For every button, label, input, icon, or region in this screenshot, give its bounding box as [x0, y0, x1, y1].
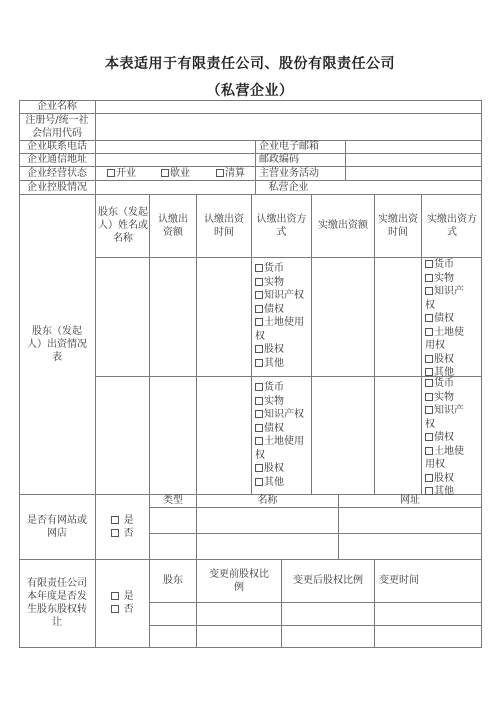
- reg-code-label-1: 注册号/统一社: [25, 114, 88, 127]
- header-paid-amount: 实缴出资额: [312, 194, 374, 257]
- paid-method-options-row2: 货币 实物 知识产权 债权 土地使用权 股权 其他: [425, 377, 469, 499]
- checkbox-icon[interactable]: [255, 359, 263, 367]
- header-subscribed-amount: 认缴出资额: [155, 194, 191, 257]
- checkbox-icon[interactable]: [425, 393, 433, 401]
- option-physical[interactable]: 实物: [425, 391, 469, 405]
- divider: [149, 194, 150, 494]
- website-yes-no: 是 否: [96, 494, 149, 559]
- transfer-yes-no: 是 否: [96, 559, 149, 647]
- checkbox-icon[interactable]: [111, 592, 119, 600]
- divider: [149, 602, 482, 603]
- checkbox-icon[interactable]: [425, 355, 433, 363]
- shareholder-section-label: 股东（发起人）出资情况表: [24, 194, 90, 494]
- option-land[interactable]: 土地使用权: [425, 326, 469, 353]
- divider: [95, 376, 482, 377]
- option-ip[interactable]: 知识产权: [255, 289, 309, 303]
- checkbox-icon[interactable]: [216, 169, 224, 177]
- checkbox-icon[interactable]: [111, 529, 119, 537]
- header-paid-time: 实缴出资时间: [377, 194, 419, 257]
- checkbox-icon[interactable]: [425, 474, 433, 482]
- option-physical[interactable]: 实物: [425, 272, 469, 286]
- checkbox-icon[interactable]: [255, 383, 263, 391]
- checkbox-icon[interactable]: [425, 368, 433, 376]
- option-ip[interactable]: 知识产权: [255, 408, 309, 422]
- main-business-label: 主营业务活动: [256, 166, 345, 180]
- divider: [196, 194, 197, 494]
- transfer-no-option[interactable]: 否: [111, 603, 133, 616]
- status-option-open[interactable]: 开业: [104, 166, 154, 180]
- checkbox-icon[interactable]: [111, 605, 119, 613]
- divider: [281, 559, 282, 647]
- checkbox-icon[interactable]: [161, 169, 169, 177]
- website-no-option[interactable]: 否: [111, 527, 133, 540]
- website-label: 是否有网站或网店: [24, 494, 90, 559]
- option-debt[interactable]: 债权: [255, 422, 309, 436]
- website-header-type: 类型: [150, 494, 196, 507]
- option-debt[interactable]: 债权: [425, 312, 469, 326]
- checkbox-icon[interactable]: [255, 278, 263, 286]
- divider: [149, 533, 482, 534]
- checkbox-icon[interactable]: [425, 328, 433, 336]
- header-paid-method: 实缴出资方式: [424, 194, 480, 257]
- website-header-url: 网址: [339, 494, 481, 507]
- holding-value: 私营企业: [96, 180, 481, 194]
- address-label: 企业通信地址: [19, 153, 95, 166]
- postcode-label: 邮政编码: [256, 153, 345, 166]
- phone-label: 企业联系电话: [19, 140, 95, 153]
- option-other[interactable]: 其他: [255, 476, 309, 490]
- option-equity[interactable]: 股权: [425, 353, 469, 367]
- option-label: 清算: [225, 167, 245, 180]
- option-land[interactable]: 土地使用权: [255, 316, 309, 343]
- divider: [374, 194, 375, 494]
- checkbox-icon[interactable]: [255, 345, 263, 353]
- status-option-suspended[interactable]: 歇业: [158, 166, 208, 180]
- checkbox-icon[interactable]: [255, 318, 263, 326]
- transfer-header-after: 变更后股权比例: [290, 559, 366, 602]
- checkbox-icon[interactable]: [425, 406, 433, 414]
- option-land[interactable]: 土地使用权: [425, 445, 469, 472]
- divider: [374, 559, 375, 647]
- option-currency[interactable]: 货币: [255, 262, 309, 276]
- divider: [149, 625, 482, 626]
- option-other[interactable]: 其他: [255, 357, 309, 371]
- checkbox-icon[interactable]: [107, 169, 115, 177]
- option-equity[interactable]: 股权: [255, 343, 309, 357]
- address-field[interactable]: [96, 154, 255, 166]
- subscribed-method-options-row1: 货币 实物 知识产权 债权 土地使用权 股权 其他: [255, 262, 309, 370]
- option-label: 歇业: [170, 167, 190, 180]
- option-equity[interactable]: 股权: [425, 472, 469, 486]
- checkbox-icon[interactable]: [425, 260, 433, 268]
- option-ip[interactable]: 知识产权: [425, 285, 469, 312]
- header-shareholder-name: 股东（发起人）姓名或名称: [98, 194, 148, 257]
- option-label: 开业: [116, 167, 136, 180]
- checkbox-icon[interactable]: [255, 291, 263, 299]
- checkbox-icon[interactable]: [111, 516, 119, 524]
- checkbox-icon[interactable]: [255, 397, 263, 405]
- option-ip[interactable]: 知识产权: [425, 404, 469, 431]
- form-subtitle: （私营企业）: [0, 80, 500, 100]
- border: [481, 100, 482, 648]
- checkbox-icon[interactable]: [255, 410, 263, 418]
- checkbox-icon[interactable]: [255, 437, 263, 445]
- checkbox-icon[interactable]: [425, 447, 433, 455]
- divider: [251, 194, 252, 494]
- divider: [421, 194, 422, 494]
- email-label: 企业电子邮箱: [256, 140, 345, 153]
- checkbox-icon[interactable]: [255, 464, 263, 472]
- header-subscribed-method: 认缴出资方式: [253, 194, 310, 257]
- reg-code-label-2: 会信用代码: [32, 127, 82, 140]
- checkbox-icon[interactable]: [255, 478, 263, 486]
- website-header-name: 名称: [197, 494, 338, 507]
- checkbox-icon[interactable]: [425, 379, 433, 387]
- transfer-header-time: 变更时间: [376, 559, 481, 602]
- option-currency[interactable]: 货币: [425, 258, 469, 272]
- checkbox-icon[interactable]: [425, 287, 433, 295]
- transfer-label: 有限责任公司本年度是否发生股东股权转让: [24, 559, 90, 647]
- reg-code-field[interactable]: [96, 114, 481, 140]
- divider: [149, 507, 482, 508]
- option-physical[interactable]: 实物: [255, 395, 309, 409]
- status-label: 企业经营状态: [19, 166, 95, 180]
- divider: [196, 559, 197, 647]
- subscribed-method-options-row2: 货币 实物 知识产权 债权 土地使用权 股权 其他: [255, 381, 309, 489]
- checkbox-icon[interactable]: [425, 433, 433, 441]
- website-yes-option[interactable]: 是: [111, 514, 133, 527]
- option-debt[interactable]: 债权: [255, 303, 309, 317]
- header-subscribed-time: 认缴出资时间: [200, 194, 248, 257]
- checkbox-icon[interactable]: [425, 314, 433, 322]
- paid-method-options-row1: 货币 实物 知识产权 债权 土地使用权 股权 其他: [425, 258, 469, 380]
- transfer-header-before: 变更前股权比例: [205, 559, 273, 602]
- reg-code-label: 注册号/统一社 会信用代码: [19, 113, 95, 140]
- option-currency[interactable]: 货币: [255, 381, 309, 395]
- postcode-field[interactable]: [346, 154, 481, 166]
- holding-label: 企业控股情况: [19, 180, 95, 194]
- divider: [95, 257, 482, 258]
- option-equity[interactable]: 股权: [255, 462, 309, 476]
- option-physical[interactable]: 实物: [255, 276, 309, 290]
- option-land[interactable]: 土地使用权: [255, 435, 309, 462]
- transfer-header-shareholder: 股东: [150, 559, 196, 602]
- company-name-field[interactable]: [96, 101, 481, 113]
- main-business-field[interactable]: [346, 167, 481, 180]
- option-currency[interactable]: 货币: [425, 377, 469, 391]
- company-name-label: 企业名称: [19, 100, 95, 113]
- form-title: 本表适用于有限责任公司、股份有限责任公司: [0, 53, 500, 73]
- phone-field[interactable]: [96, 141, 255, 153]
- divider: [19, 647, 482, 648]
- checkbox-icon[interactable]: [425, 274, 433, 282]
- option-debt[interactable]: 债权: [425, 431, 469, 445]
- checkbox-icon[interactable]: [255, 305, 263, 313]
- checkbox-icon[interactable]: [255, 424, 263, 432]
- transfer-yes-option[interactable]: 是: [111, 590, 133, 603]
- checkbox-icon[interactable]: [255, 264, 263, 272]
- email-field[interactable]: [346, 141, 481, 153]
- status-option-liquidation[interactable]: 清算: [213, 166, 255, 180]
